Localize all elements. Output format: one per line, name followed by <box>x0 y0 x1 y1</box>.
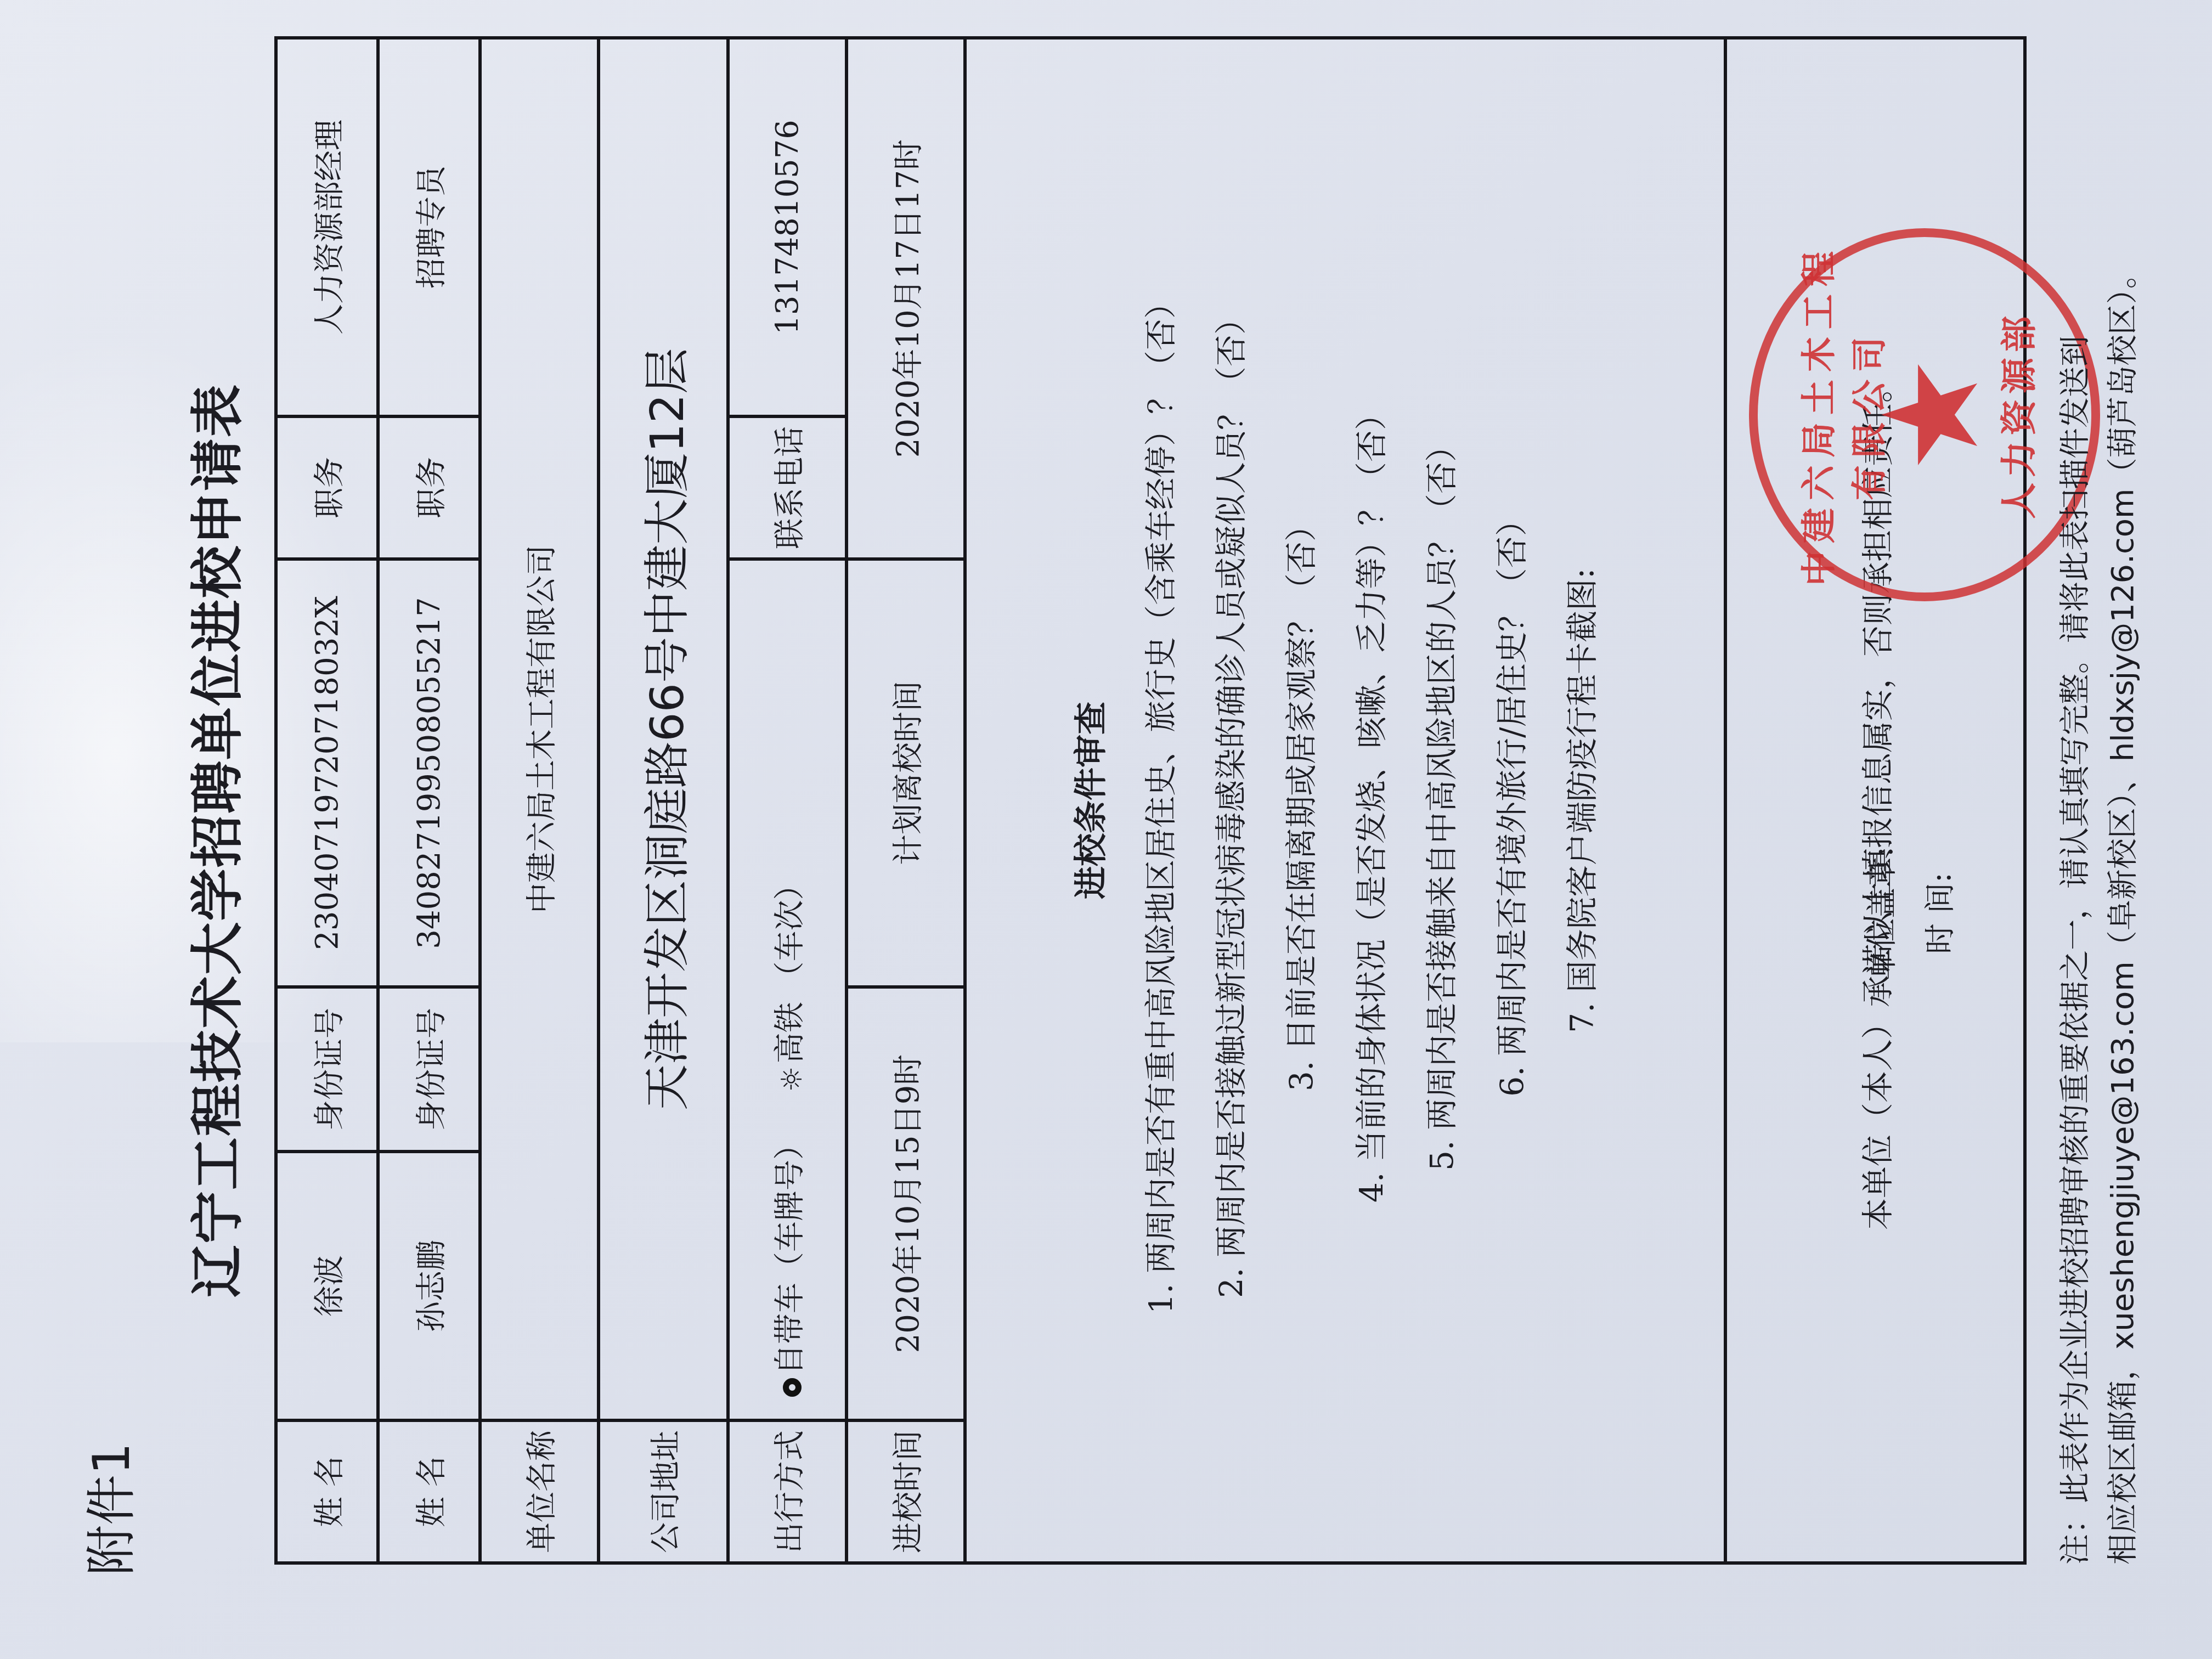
form-title: 辽宁工程技术大学招聘单位进校申请表 <box>176 18 251 1659</box>
time-label: 时 间: <box>1911 847 1970 980</box>
travel-options: 自带车（车牌号） ☼高铁 （车次） <box>728 559 847 1420</box>
name-label: 姓 名 <box>276 1420 378 1563</box>
condition-item: 3. 目前是否在隔离期或居家观察？（否） <box>1285 45 1317 1556</box>
leave-time-label: 计划离校时间 <box>847 559 965 987</box>
person-position: 人力资源部经理 <box>276 38 378 416</box>
company-name-label: 单位名称 <box>480 1420 599 1563</box>
person-id-number: 23040719720718032X <box>276 559 378 987</box>
seal-department-text: 人力资源部 <box>1990 237 2042 592</box>
condition-item: 4. 当前的身体状况（是否发烧、咳嗽、乏力等）？（否） <box>1356 45 1387 1556</box>
contact-phone-label: 联系电话 <box>728 416 847 559</box>
condition-item: 1. 两周内是否有重中高风险地区居住史、旅行史（含乘车经停）？（否） <box>1145 45 1177 1556</box>
condition-item: 5. 两周内是否接触来自中高风险地区的人员？（否） <box>1426 45 1458 1556</box>
entry-conditions-list: 1. 两周内是否有重中高风险地区居住史、旅行史（含乘车经停）？（否） 2. 两周… <box>1145 45 1598 1556</box>
condition-item: 7. 国务院客户端防疫行程卡截图: <box>1566 45 1598 1556</box>
entry-conditions: 进校条件审查 1. 两周内是否有重中高风险地区居住史、旅行史（含乘车经停）？（否… <box>965 38 1725 1563</box>
entry-time-label: 进校时间 <box>847 1420 965 1563</box>
radio-unselected-icon: ☼ <box>780 1066 805 1092</box>
signature-block: 单位盖章: 时 间: <box>1853 847 1970 980</box>
travel-option-own-car[interactable]: 自带车（车牌号） <box>772 1119 808 1397</box>
person-row: 姓 名 徐波 身份证号 23040719720718032X 职务 人力资源部经… <box>276 38 378 1563</box>
application-form-page: 附件1 辽宁工程技术大学招聘单位进校申请表 姓 名 徐波 身份证号 230407… <box>11 18 2212 1659</box>
company-seal: 中建六局土木工程有限公司 ★ 人力资源部 <box>1749 228 2100 601</box>
person-name: 孙志鹏 <box>378 1152 480 1420</box>
radio-selected-icon <box>783 1378 802 1397</box>
company-address-row: 公司地址 天津开发区洞庭路66号中建大厦12层 <box>599 38 728 1563</box>
person-id-number: 340827199508055217 <box>378 559 480 987</box>
star-icon: ★ <box>1865 356 1997 473</box>
commitment-row: 本单位（本人）承诺以上填报信息属实，否则承担相应责任。 单位盖章: 时 间: 中… <box>1725 38 2025 1563</box>
person-position: 招聘专员 <box>378 38 480 416</box>
travel-option-high-speed-rail[interactable]: ☼高铁 （车次） <box>772 869 808 1092</box>
condition-item: 2. 两周内是否接触过新型冠状病毒感染的确诊人员或疑似人员？（否） <box>1215 45 1247 1556</box>
position-label: 职务 <box>378 416 480 559</box>
person-row: 姓 名 孙志鹏 身份证号 340827199508055217 职务 招聘专员 <box>378 38 480 1563</box>
id-label: 身份证号 <box>276 987 378 1152</box>
footnote-line-2: 相应校区邮箱，xueshengjiuye@163.com（阜新校区）、hldxs… <box>2100 39 2147 1565</box>
email-huludao[interactable]: hldxsjy@126.com <box>2105 488 2141 761</box>
entry-conditions-row: 进校条件审查 1. 两周内是否有重中高风险地区居住史、旅行史（含乘车经停）？（否… <box>965 38 1725 1563</box>
company-name-row: 单位名称 中建六局土木工程有限公司 <box>480 38 599 1563</box>
condition-item: 6. 两周内是否有境外旅行/居住史？（否） <box>1496 45 1528 1556</box>
company-address: 天津开发区洞庭路66号中建大厦12层 <box>599 38 728 1420</box>
company-name: 中建六局土木工程有限公司 <box>480 38 599 1420</box>
application-table: 姓 名 徐波 身份证号 23040719720718032X 职务 人力资源部经… <box>274 36 2027 1565</box>
leave-time: 2020年10月17日17时 <box>847 38 965 559</box>
stamp-label: 单位盖章: <box>1853 847 1911 980</box>
entry-time: 2020年10月15日9时 <box>847 987 965 1420</box>
name-label: 姓 名 <box>378 1420 480 1563</box>
travel-mode-label: 出行方式 <box>728 1420 847 1563</box>
company-address-label: 公司地址 <box>599 1420 728 1563</box>
travel-row: 出行方式 自带车（车牌号） ☼高铁 （车次） 联系电话 13174810576 <box>728 38 847 1563</box>
attachment-label: 附件1 <box>71 1442 144 1576</box>
entry-conditions-heading: 进校条件审查 <box>1065 45 1112 1556</box>
id-label: 身份证号 <box>378 987 480 1152</box>
footnote: 注：此表作为企业进校招聘审核的重要依据之一，请认真填写完整。请将此表扫描件发送到… <box>2052 39 2147 1565</box>
position-label: 职务 <box>276 416 378 559</box>
contact-phone: 13174810576 <box>728 38 847 416</box>
email-fuxin[interactable]: xueshengjiuye@163.com <box>2105 961 2141 1350</box>
commitment-cell: 本单位（本人）承诺以上填报信息属实，否则承担相应责任。 单位盖章: 时 间: 中… <box>1725 38 2025 1563</box>
person-name: 徐波 <box>276 1152 378 1420</box>
time-row: 进校时间 2020年10月15日9时 计划离校时间 2020年10月17日17时 <box>847 38 965 1563</box>
footnote-line-1: 注：此表作为企业进校招聘审核的重要依据之一，请认真填写完整。请将此表扫描件发送到 <box>2052 39 2100 1565</box>
